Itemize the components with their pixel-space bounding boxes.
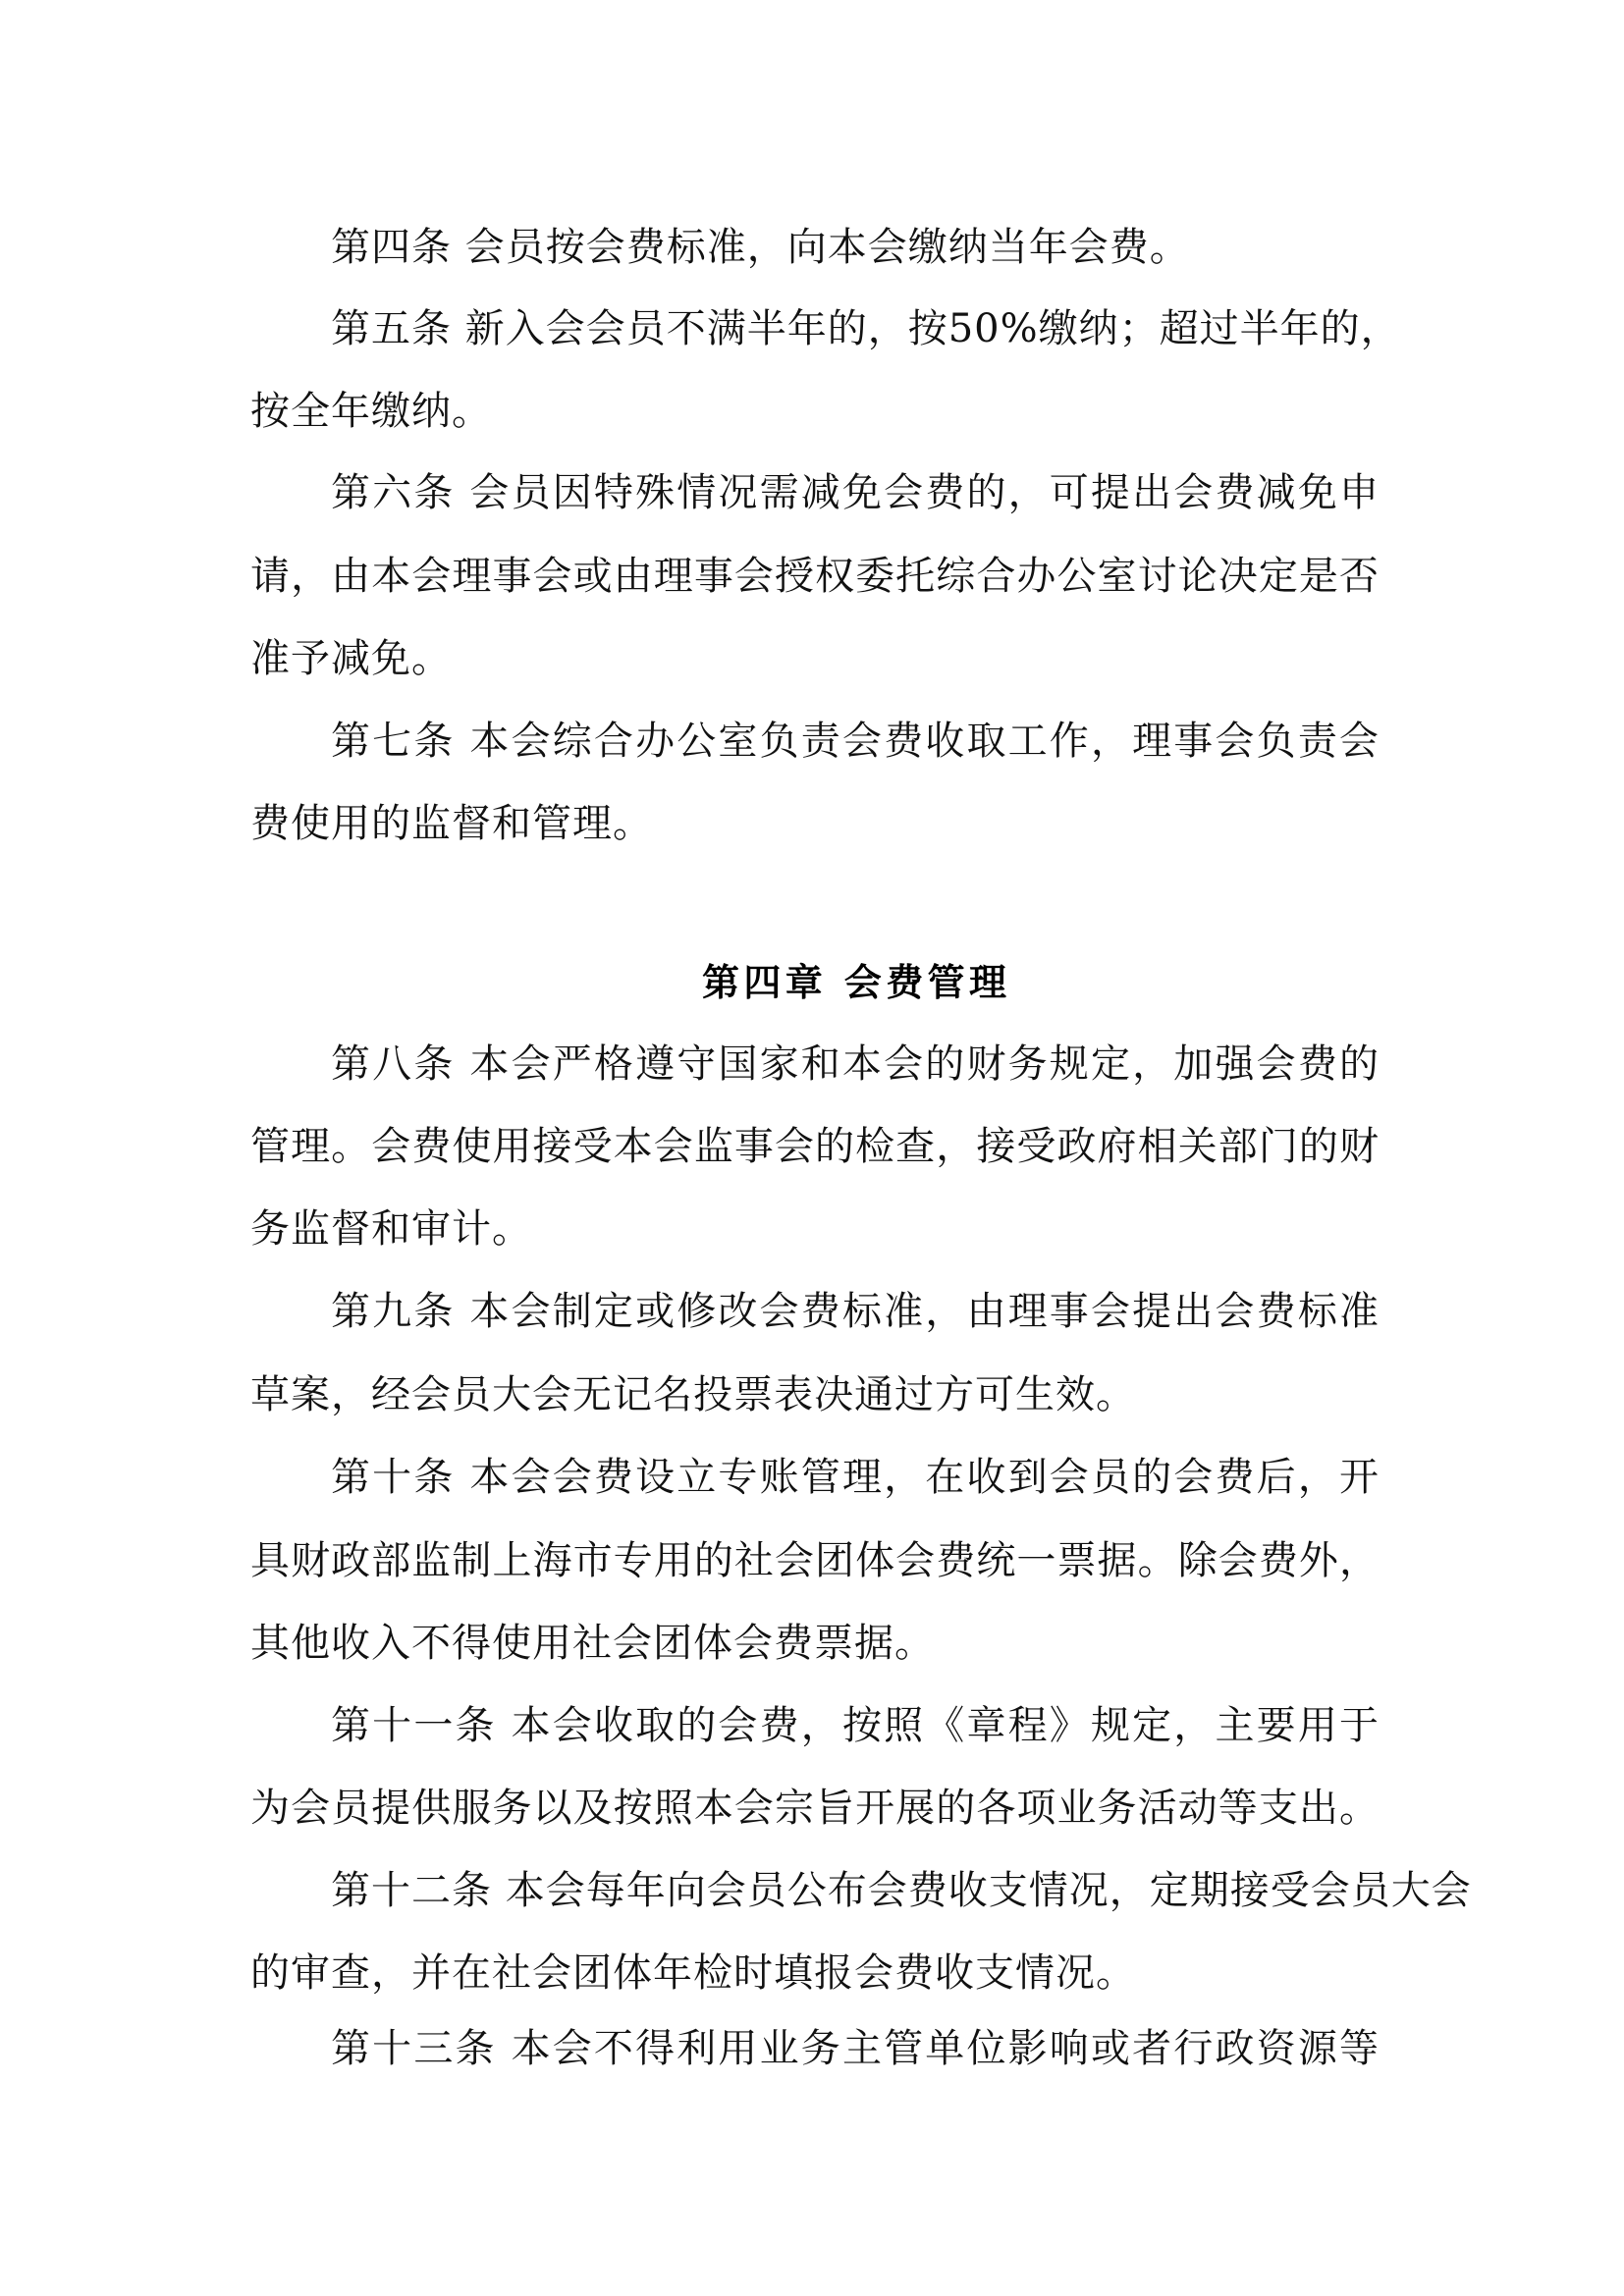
article-8-line-2: 管理。会费使用接受本会监事会的检查，接受政府相关部门的财: [250, 1123, 1380, 1170]
article-12-line-1: 第十二条 本会每年向会员公布会费收支情况，定期接受会员大会: [331, 1867, 1380, 1914]
article-8-line-1: 第八条 本会严格遵守国家和本会的财务规定，加强会费的: [331, 1041, 1380, 1088]
article-12-line-2: 的审查，并在社会团体年检时填报会费收支情况。: [250, 1949, 1380, 1997]
article-10-line-2: 具财政部监制上海市专用的社会团体会费统一票据。除会费外，: [250, 1537, 1380, 1584]
document-page: 第四条 会员按会费标准，向本会缴纳当年会费。 第五条 新入会会员不满半年的，按5…: [0, 0, 1624, 2296]
article-10-line-1: 第十条 本会会费设立专账管理，在收到会员的会费后，开: [331, 1454, 1380, 1501]
article-5-line-1: 第五条 新入会会员不满半年的，按50%缴纳；超过半年的，: [331, 305, 1380, 352]
article-6-line-3: 准予减免。: [250, 635, 1380, 682]
article-9-line-1: 第九条 本会制定或修改会费标准，由理事会提出会费标准: [331, 1288, 1380, 1335]
article-11-line-1: 第十一条 本会收取的会费，按照《章程》规定，主要用于: [331, 1702, 1380, 1749]
article-7-line-1: 第七条 本会综合办公室负责会费收取工作，理事会负责会: [331, 718, 1380, 765]
article-8-line-3: 务监督和审计。: [250, 1205, 1380, 1253]
article-13-line-1: 第十三条 本会不得利用业务主管单位影响或者行政资源等: [331, 2025, 1380, 2072]
article-7-line-2: 费使用的监督和管理。: [250, 800, 1380, 847]
article-6-line-1: 第六条 会员因特殊情况需减免会费的，可提出会费减免申: [331, 469, 1380, 516]
article-9-line-2: 草案，经会员大会无记名投票表决通过方可生效。: [250, 1371, 1380, 1418]
article-4-line-1: 第四条 会员按会费标准，向本会缴纳当年会费。: [331, 224, 1380, 271]
article-10-line-3: 其他收入不得使用社会团体会费票据。: [250, 1620, 1380, 1667]
article-6-line-2: 请，由本会理事会或由理事会授权委托综合办公室讨论决定是否: [250, 553, 1380, 600]
article-11-line-2: 为会员提供服务以及按照本会宗旨开展的各项业务活动等支出。: [250, 1785, 1380, 1832]
chapter-heading: 第四章 会费管理: [702, 958, 1006, 1007]
article-5-line-2: 按全年缴纳。: [250, 388, 1380, 435]
